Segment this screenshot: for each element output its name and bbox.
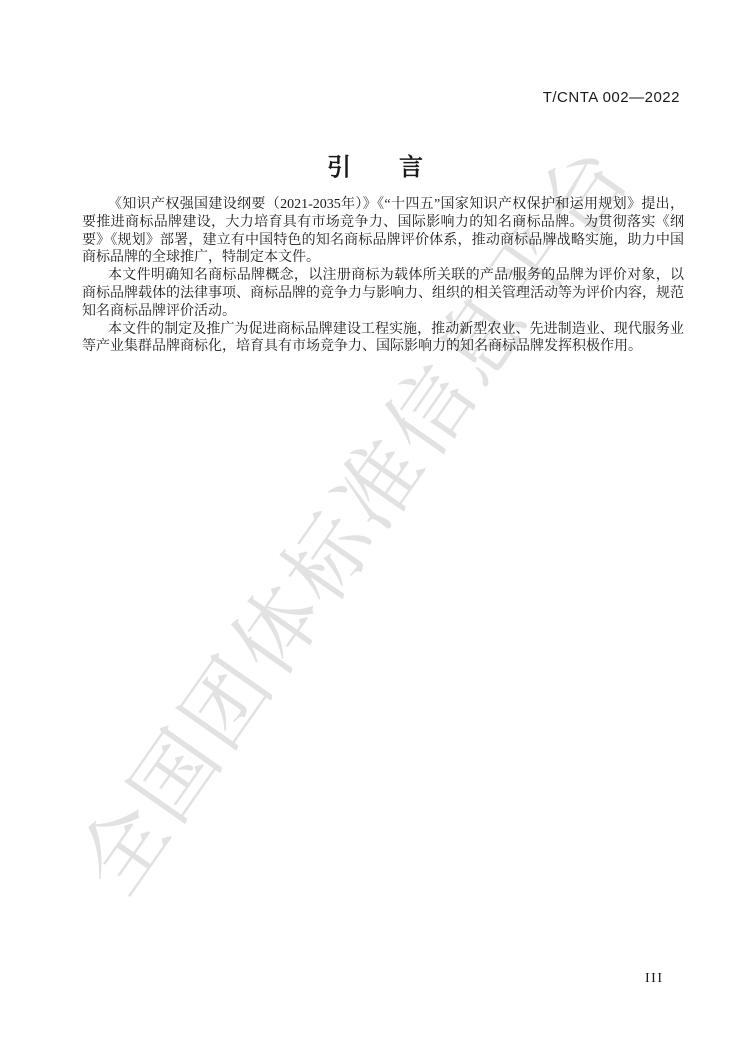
page-number: III [645, 971, 664, 987]
document-page: 全国团体标准信息平台 T/CNTA 002—2022 引 言 《知识产权强国建设… [0, 0, 750, 1060]
paragraph-1: 《知识产权强国建设纲要（2021-2035年）》《“十四五”国家知识产权保护和运… [82, 196, 684, 267]
paragraph-2: 本文件明确知名商标品牌概念，以注册商标为载体所关联的产品/服务的品牌为评价对象，… [82, 267, 684, 320]
body-content: 《知识产权强国建设纲要（2021-2035年）》《“十四五”国家知识产权保护和运… [82, 196, 684, 356]
standard-code: T/CNTA 002—2022 [543, 89, 680, 106]
paragraph-3: 本文件的制定及推广为促进商标品牌建设工程实施，推动新型农业、先进制造业、现代服务… [82, 321, 684, 357]
section-title-introduction: 引 言 [0, 147, 750, 182]
